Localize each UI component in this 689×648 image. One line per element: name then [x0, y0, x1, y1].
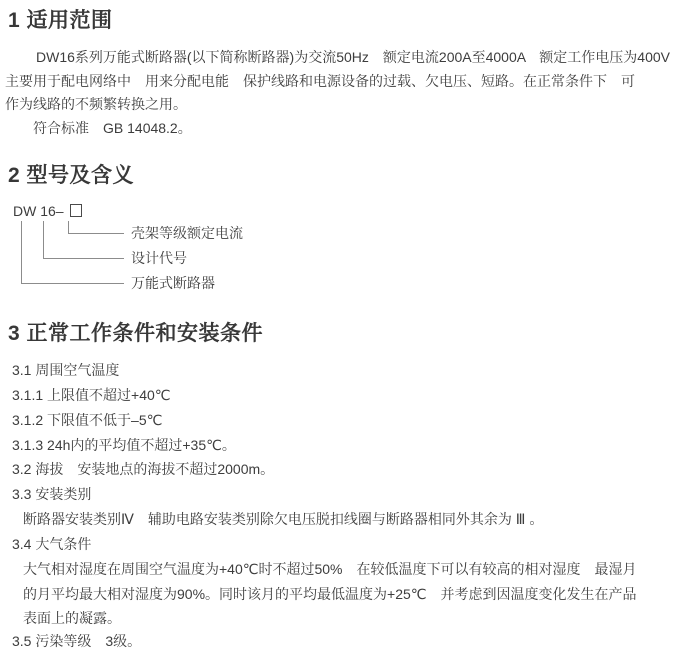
section3-line-3-3: 3.3 安装类别	[12, 487, 91, 502]
section3-line-3-1-3: 3.1.3 24h内的平均值不超过+35℃。	[12, 438, 236, 453]
section3-line-3-4-detail-3: 表面上的凝露。	[23, 611, 121, 626]
section1-paragraph-line-3: 作为线路的不频繁转换之用。	[5, 97, 187, 112]
section1-paragraph-line-1: DW16系列万能式断路器(以下简称断路器)为交流50Hz 额定电流200A至40…	[36, 50, 670, 65]
section3-line-3-4-detail-1: 大气相对湿度在周围空气温度为+40℃时不超过50% 在较低温度下可以有较高的相对…	[23, 562, 637, 577]
model-designation: DW 16–	[13, 204, 82, 219]
section1-standard-line: 符合标准 GB 14048.2。	[33, 121, 192, 136]
connector-horizontal-1	[68, 233, 124, 234]
section3-line-3-1-2: 3.1.2 下限值不低于–5℃	[12, 413, 162, 428]
section3-line-3-1: 3.1 周围空气温度	[12, 363, 119, 378]
connector-vertical-2	[43, 221, 44, 259]
section3-line-3-5: 3.5 污染等级 3级。	[12, 634, 141, 648]
section3-line-3-4-detail-2: 的月平均最大相对湿度为90%。同时该月的平均最低温度为+25℃ 并考虑到因温度变…	[23, 587, 637, 602]
section3-line-3-2: 3.2 海拔 安装地点的海拔不超过2000m。	[12, 462, 274, 477]
section3-line-3-1-1: 3.1.1 上限值不超过+40℃	[12, 388, 171, 403]
section3-heading: 3 正常工作条件和安装条件	[8, 323, 263, 345]
connector-horizontal-3	[21, 283, 124, 284]
section3-line-3-4: 3.4 大气条件	[12, 537, 91, 552]
diagram-label-breaker-type: 万能式断路器	[131, 276, 215, 291]
section1-heading: 1 适用范围	[8, 10, 113, 32]
document-page: 1 适用范围 DW16系列万能式断路器(以下简称断路器)为交流50Hz 额定电流…	[0, 0, 689, 648]
diagram-label-frame-current: 壳架等级额定电流	[131, 226, 243, 241]
diagram-label-design-code: 设计代号	[131, 251, 187, 266]
section1-paragraph-line-2: 主要用于配电网络中 用来分配电能 保护线路和电源设备的过载、欠电压、短路。在正常…	[5, 74, 635, 89]
section2-heading: 2 型号及含义	[8, 165, 134, 187]
connector-vertical-3	[21, 221, 22, 284]
connector-horizontal-2	[43, 258, 124, 259]
section3-line-3-3-detail: 断路器安装类别Ⅳ 辅助电路安装类别除欠电压脱扣线圈与断路器相同外其余为 Ⅲ 。	[23, 512, 543, 527]
model-prefix-text: DW 16–	[13, 203, 64, 219]
model-placeholder-box	[70, 204, 82, 217]
